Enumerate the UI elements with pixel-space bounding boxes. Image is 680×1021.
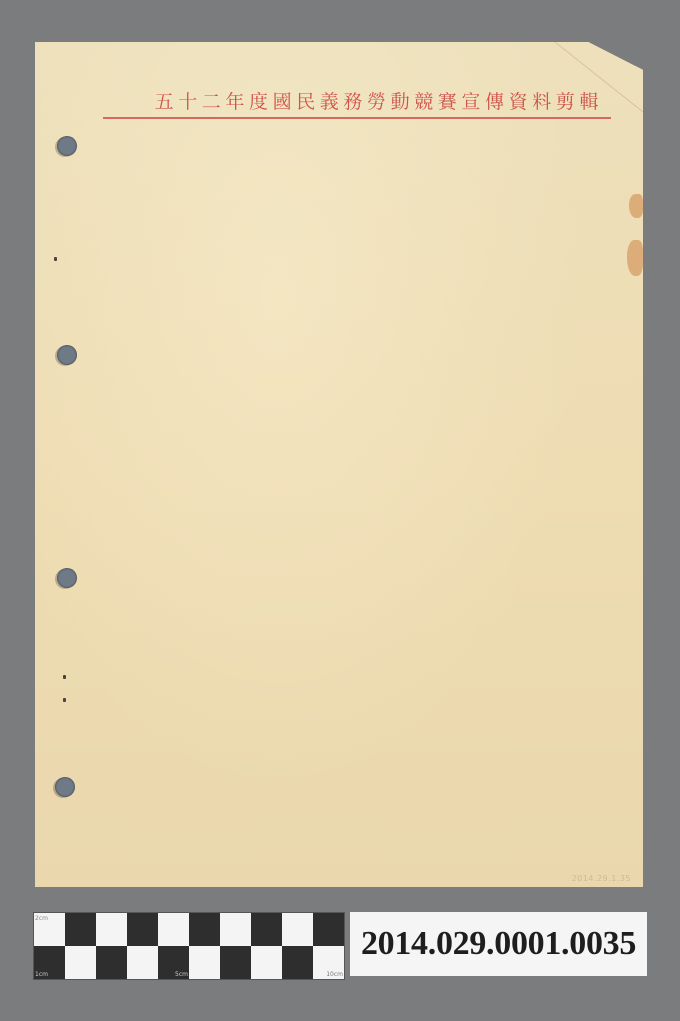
punch-hole-icon bbox=[57, 345, 77, 365]
ink-speck bbox=[63, 698, 66, 702]
punch-hole-icon bbox=[57, 136, 77, 156]
letterhead-title: 五十二年度國民義務勞動競賽宣傳資料剪輯 bbox=[155, 90, 603, 114]
pencil-accession-note: 2014.29.1.35 bbox=[572, 874, 631, 883]
scale-label-10cm: 10cm bbox=[326, 971, 343, 978]
scale-label-5cm: 5cm bbox=[175, 971, 188, 978]
archival-paper-sheet: 五十二年度國民義務勞動競賽宣傳資料剪輯 2014.29.1.35 bbox=[35, 42, 643, 887]
punch-hole-icon bbox=[55, 777, 75, 797]
catalog-id-label: 2014.029.0001.0035 bbox=[350, 912, 647, 976]
water-stain bbox=[629, 194, 643, 218]
punch-hole-icon bbox=[57, 568, 77, 588]
scale-label-top: 2cm bbox=[35, 915, 48, 922]
color-scale-bar: 2cm 1cm 5cm 10cm bbox=[33, 912, 345, 980]
scale-label-1cm: 1cm bbox=[35, 971, 48, 978]
water-stain bbox=[627, 240, 643, 276]
ink-speck bbox=[63, 675, 66, 679]
catalog-id: 2014.029.0001.0035 bbox=[361, 925, 636, 963]
letterhead-red-rule bbox=[103, 117, 611, 119]
ink-speck bbox=[54, 257, 57, 261]
corner-fold-crease bbox=[35, 42, 643, 887]
